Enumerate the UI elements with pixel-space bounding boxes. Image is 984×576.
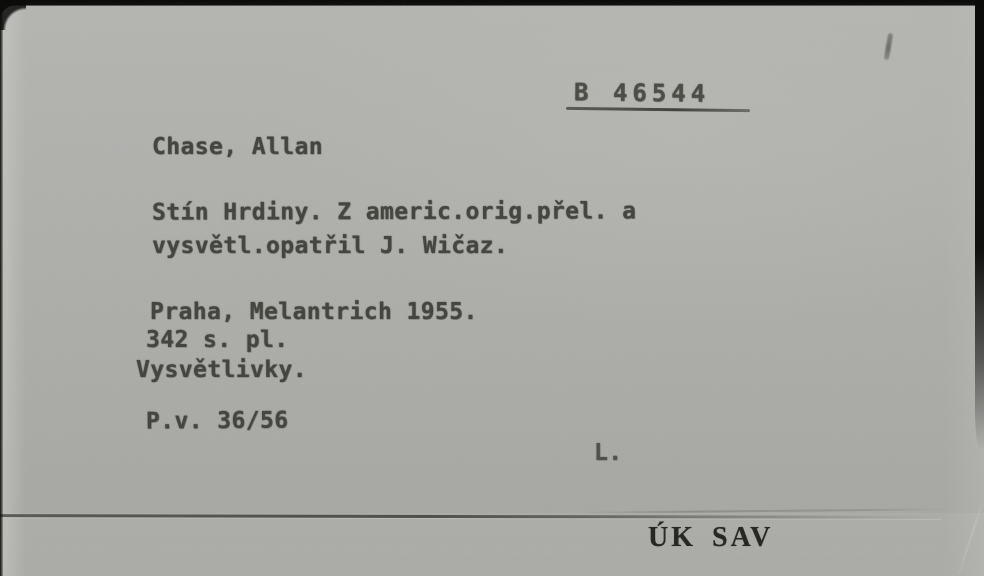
note-line: Vysvětlivky. <box>136 357 307 383</box>
paper-card: B 46544 Chase, Allan Stín Hrdiny. Z amer… <box>0 5 984 576</box>
scanned-catalog-card: B 46544 Chase, Allan Stín Hrdiny. Z amer… <box>0 0 984 576</box>
registration-number: P.v. 36/56 <box>146 408 289 435</box>
scan-corner-top-left <box>0 0 26 30</box>
call-number: B 46544 <box>574 78 710 107</box>
title-line-1: Stín Hrdiny. Z americ.orig.přel. a <box>152 198 636 225</box>
paper-shading <box>0 513 984 576</box>
collation-line: 342 s. pl. <box>146 327 288 353</box>
author-heading: Chase, Allan <box>152 134 323 160</box>
pencil-mark <box>884 33 894 60</box>
title-line-2: vysvětl.opatřil J. Wičaz. <box>152 233 508 259</box>
scan-edge-left <box>0 0 3 576</box>
imprint-line: Praha, Melantrich 1955. <box>150 299 478 325</box>
call-number-underline <box>566 107 750 112</box>
letter-mark: L. <box>594 440 623 466</box>
library-stamp: ÚK SAV <box>648 522 773 554</box>
scan-edge-top <box>0 0 984 6</box>
scan-edge-right <box>975 0 984 450</box>
